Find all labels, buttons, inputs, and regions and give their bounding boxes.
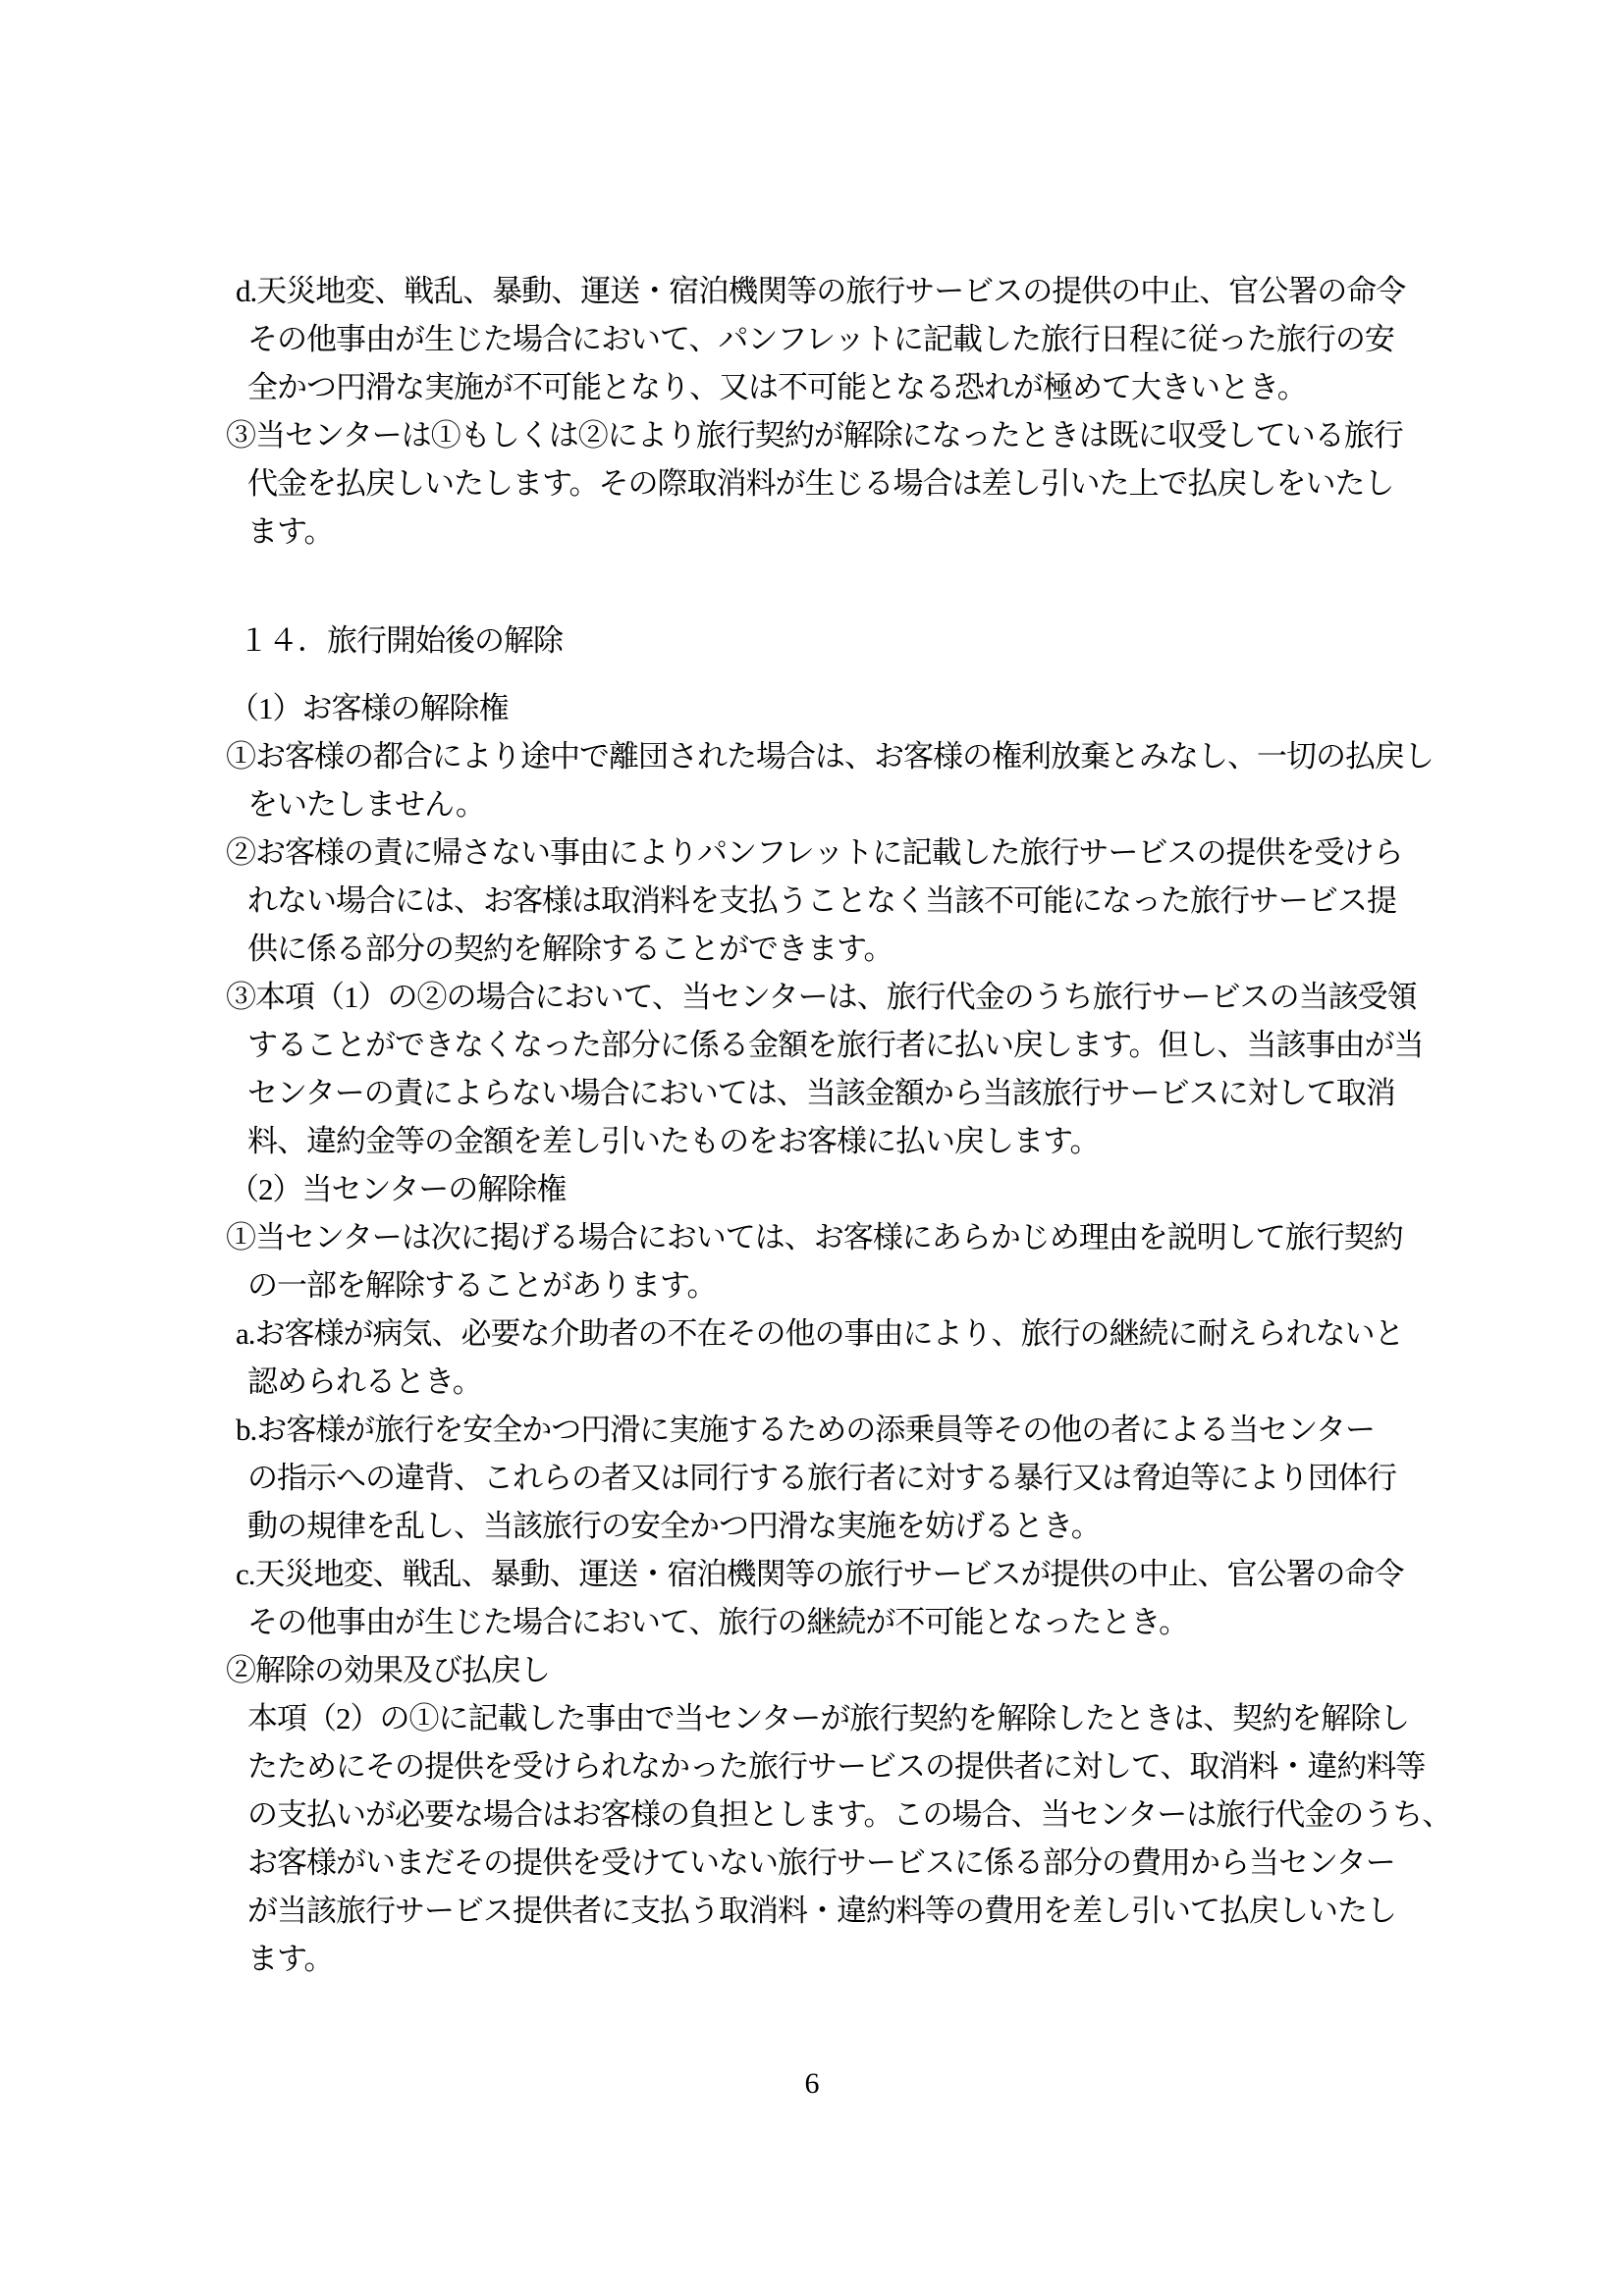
text-line: ②お客様の責に帰さない事由によりパンフレットに記載した旅行サービスの提供を受けら	[226, 828, 1483, 877]
text-line: 全かつ円滑な実施が不可能となり、又は不可能となる恐れが極めて大きいとき。	[226, 363, 1483, 411]
text-line: れない場合には、お客様は取消料を支払うことなく当該不可能になった旅行サービス提	[226, 877, 1483, 925]
text-line: ①お客様の都合により途中で離団された場合は、お客様の権利放棄とみなし、一切の払戻…	[226, 732, 1483, 780]
text-line: ③当センターは①もしくは②により旅行契約が解除になったときは既に収受している旅行	[226, 411, 1483, 459]
text-line: の指示への違背、これらの者又は同行する旅行者に対する暴行又は脅迫等により団体行	[226, 1454, 1483, 1502]
text-line: 供に係る部分の契約を解除することができます。	[226, 925, 1483, 973]
text-line: ます。	[226, 1935, 1483, 1983]
text-line: の支払いが必要な場合はお客様の負担とします。この場合、当センターは旅行代金のうち…	[226, 1790, 1483, 1839]
subsection-2-heading: （2）当センターの解除権	[226, 1165, 1483, 1213]
text-line: することができなくなった部分に係る金額を旅行者に払い戻します。但し、当該事由が当	[226, 1021, 1483, 1069]
page-number: 6	[0, 2059, 1624, 2108]
text-line: ③本項（1）の②の場合において、当センターは、旅行代金のうち旅行サービスの当該受…	[226, 973, 1483, 1021]
text-line: の一部を解除することがあります。	[226, 1261, 1483, 1309]
subsection-1-heading: （1）お客様の解除権	[226, 684, 1483, 732]
text-line: d.天災地変、戦乱、暴動、運送・宿泊機関等の旅行サービスの提供の中止、官公署の命…	[226, 267, 1483, 315]
text-line: お客様がいまだその提供を受けていない旅行サービスに係る部分の費用から当センター	[226, 1839, 1483, 1887]
text-line: たためにその提供を受けられなかった旅行サービスの提供者に対して、取消料・違約料等	[226, 1742, 1483, 1790]
text-line: a.お客様が病気、必要な介助者の不在その他の事由により、旅行の継続に耐えられない…	[226, 1309, 1483, 1358]
text-line: c.天災地変、戦乱、暴動、運送・宿泊機関等の旅行サービスが提供の中止、官公署の命…	[226, 1550, 1483, 1598]
text-line: ます。	[226, 507, 1483, 556]
text-line: をいたしません。	[226, 780, 1483, 828]
text-line: その他事由が生じた場合において、パンフレットに記載した旅行日程に従った旅行の安	[226, 315, 1483, 363]
text-line: が当該旅行サービス提供者に支払う取消料・違約料等の費用を差し引いて払戻しいたし	[226, 1887, 1483, 1935]
text-line: 動の規律を乱し、当該旅行の安全かつ円滑な実施を妨げるとき。	[226, 1502, 1483, 1550]
text-line: b.お客様が旅行を安全かつ円滑に実施するための添乗員等その他の者による当センター	[226, 1406, 1483, 1454]
text-line: ①当センターは次に掲げる場合においては、お客様にあらかじめ理由を説明して旅行契約	[226, 1213, 1483, 1261]
text-line: その他事由が生じた場合において、旅行の継続が不可能となったとき。	[226, 1598, 1483, 1646]
text-line: ②解除の効果及び払戻し	[226, 1646, 1483, 1694]
text-line: 料、違約金等の金額を差し引いたものをお客様に払い戻します。	[226, 1117, 1483, 1165]
text-line: 本項（2）の①に記載した事由で当センターが旅行契約を解除したときは、契約を解除し	[226, 1694, 1483, 1742]
text-line: 認められるとき。	[226, 1358, 1483, 1406]
text-line: 代金を払戻しいたします。その際取消料が生じる場合は差し引いた上で払戻しをいたし	[226, 459, 1483, 507]
document-page: d.天災地変、戦乱、暴動、運送・宿泊機関等の旅行サービスの提供の中止、官公署の命…	[0, 0, 1624, 2296]
document-text-block: d.天災地変、戦乱、暴動、運送・宿泊機関等の旅行サービスの提供の中止、官公署の命…	[226, 267, 1483, 1983]
text-line: センターの責によらない場合においては、当該金額から当該旅行サービスに対して取消	[226, 1069, 1483, 1117]
section-heading-14: １４．旅行開始後の解除	[226, 616, 1483, 665]
